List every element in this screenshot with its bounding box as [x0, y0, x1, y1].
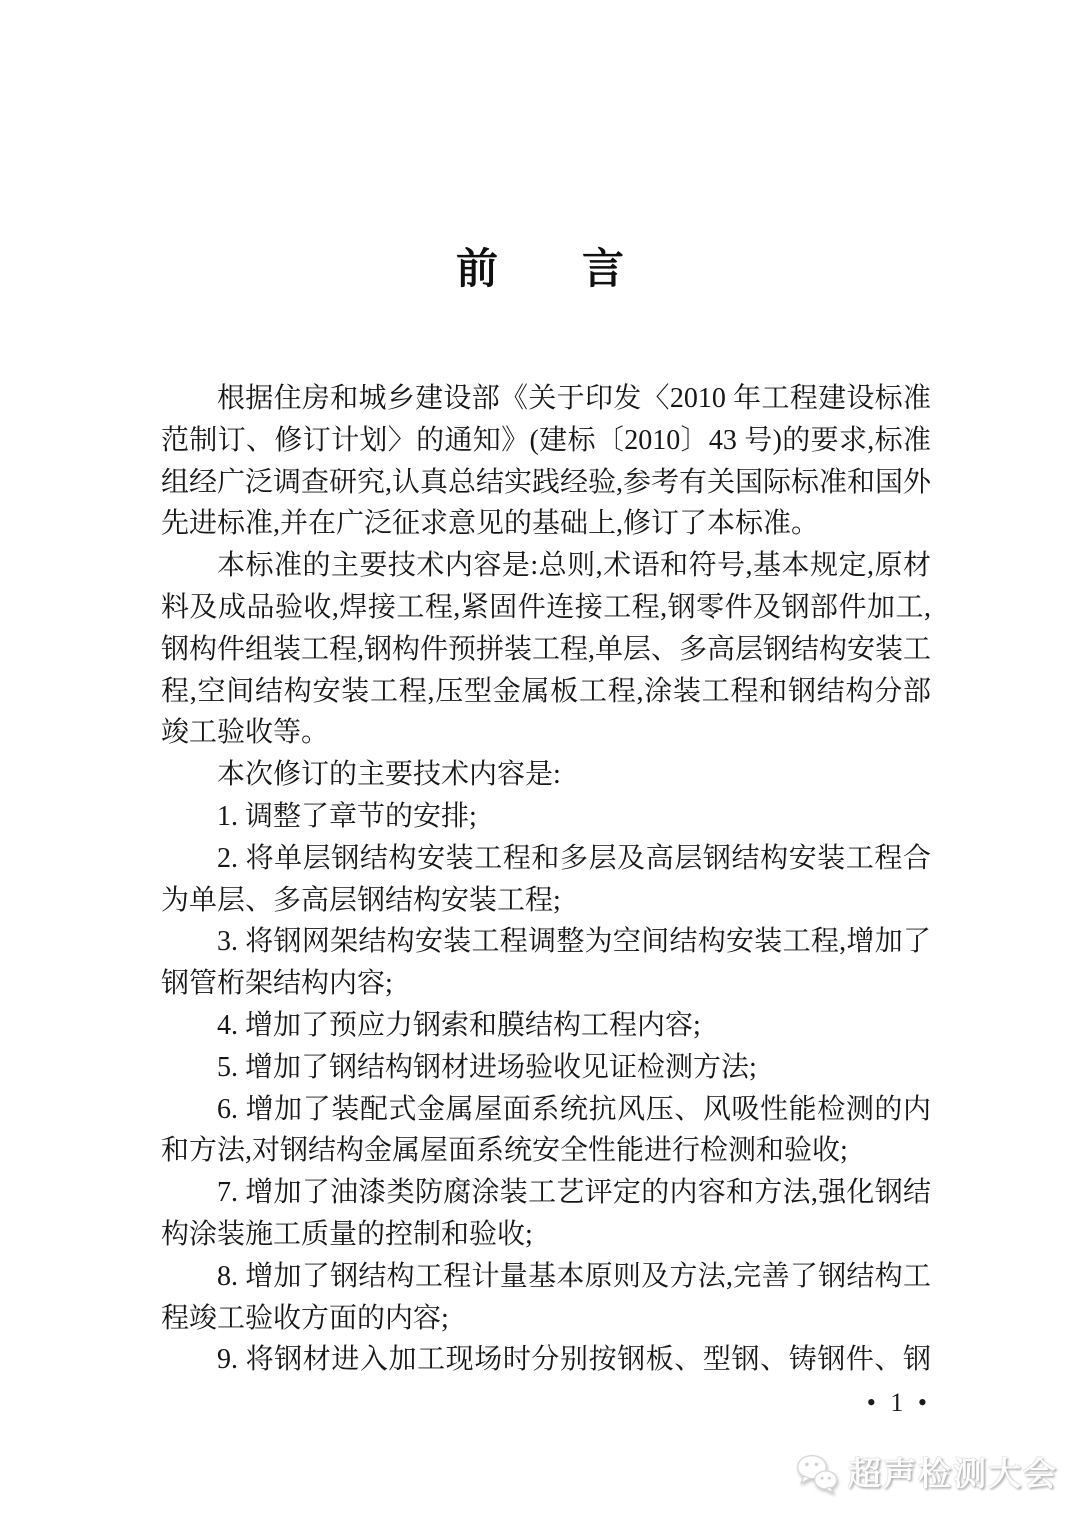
text-line: 3. 将钢网架结构安装工程调整为空间结构安装工程,增加了 — [161, 921, 931, 963]
preface-body: 根据住房和城乡建设部《关于印发〈2010 年工程建设标准规范制订、修订计划〉的通… — [161, 378, 931, 1381]
text-line: 程,空间结构安装工程,压型金属板工程,涂装工程和钢结构分部 — [161, 671, 931, 713]
text-line: 程竣工验收方面的内容; — [161, 1298, 931, 1340]
page-number: • 1 • — [161, 1388, 931, 1418]
text-line: 为单层、多高层钢结构安装工程; — [161, 880, 931, 922]
text-line: 本次修订的主要技术内容是: — [161, 754, 931, 796]
text-line: 7. 增加了油漆类防腐涂装工艺评定的内容和方法,强化钢结 — [161, 1172, 931, 1214]
text-line: 和方法,对钢结构金属屋面系统安全性能进行检测和验收; — [161, 1130, 931, 1172]
page-title: 前 言 — [0, 244, 1080, 296]
text-line: 5. 增加了钢结构钢材进场验收见证检测方法; — [161, 1047, 931, 1089]
text-line: 组经广泛调查研究,认真总结实践经验,参考有关国际标准和国外 — [161, 462, 931, 504]
text-line: 6. 增加了装配式金属屋面系统抗风压、风吸性能检测的内容 — [161, 1089, 931, 1131]
text-line: 2. 将单层钢结构安装工程和多层及高层钢结构安装工程合并 — [161, 838, 931, 880]
text-line: 竣工验收等。 — [161, 712, 931, 754]
text-line: 根据住房和城乡建设部《关于印发〈2010 年工程建设标准规 — [161, 378, 931, 420]
text-line: 构涂装施工质量的控制和验收; — [161, 1214, 931, 1256]
text-line: 9. 将钢材进入加工现场时分别按钢板、型钢、铸钢件、钢棒、钢 — [161, 1339, 931, 1381]
text-line: 先进标准,并在广泛征求意见的基础上,修订了本标准。 — [161, 503, 931, 545]
text-line: 4. 增加了预应力钢索和膜结构工程内容; — [161, 1005, 931, 1047]
wechat-icon — [795, 1452, 839, 1496]
watermark: 超声检测大会 — [795, 1452, 1058, 1496]
text-line: 钢构件组装工程,钢构件预拼装工程,单层、多高层钢结构安装工 — [161, 629, 931, 671]
text-line: 料及成品验收,焊接工程,紧固件连接工程,钢零件及钢部件加工, — [161, 587, 931, 629]
text-line: 本标准的主要技术内容是:总则,术语和符号,基本规定,原材 — [161, 545, 931, 587]
text-line: 1. 调整了章节的安排; — [161, 796, 931, 838]
document-page: 前 言 根据住房和城乡建设部《关于印发〈2010 年工程建设标准规范制订、修订计… — [0, 0, 1080, 1527]
watermark-label: 超声检测大会 — [848, 1452, 1058, 1496]
text-line: 范制订、修订计划〉的通知》(建标〔2010〕43 号)的要求,标准编制 — [161, 420, 931, 462]
text-line: 钢管桁架结构内容; — [161, 963, 931, 1005]
text-line: 8. 增加了钢结构工程计量基本原则及方法,完善了钢结构工 — [161, 1256, 931, 1298]
